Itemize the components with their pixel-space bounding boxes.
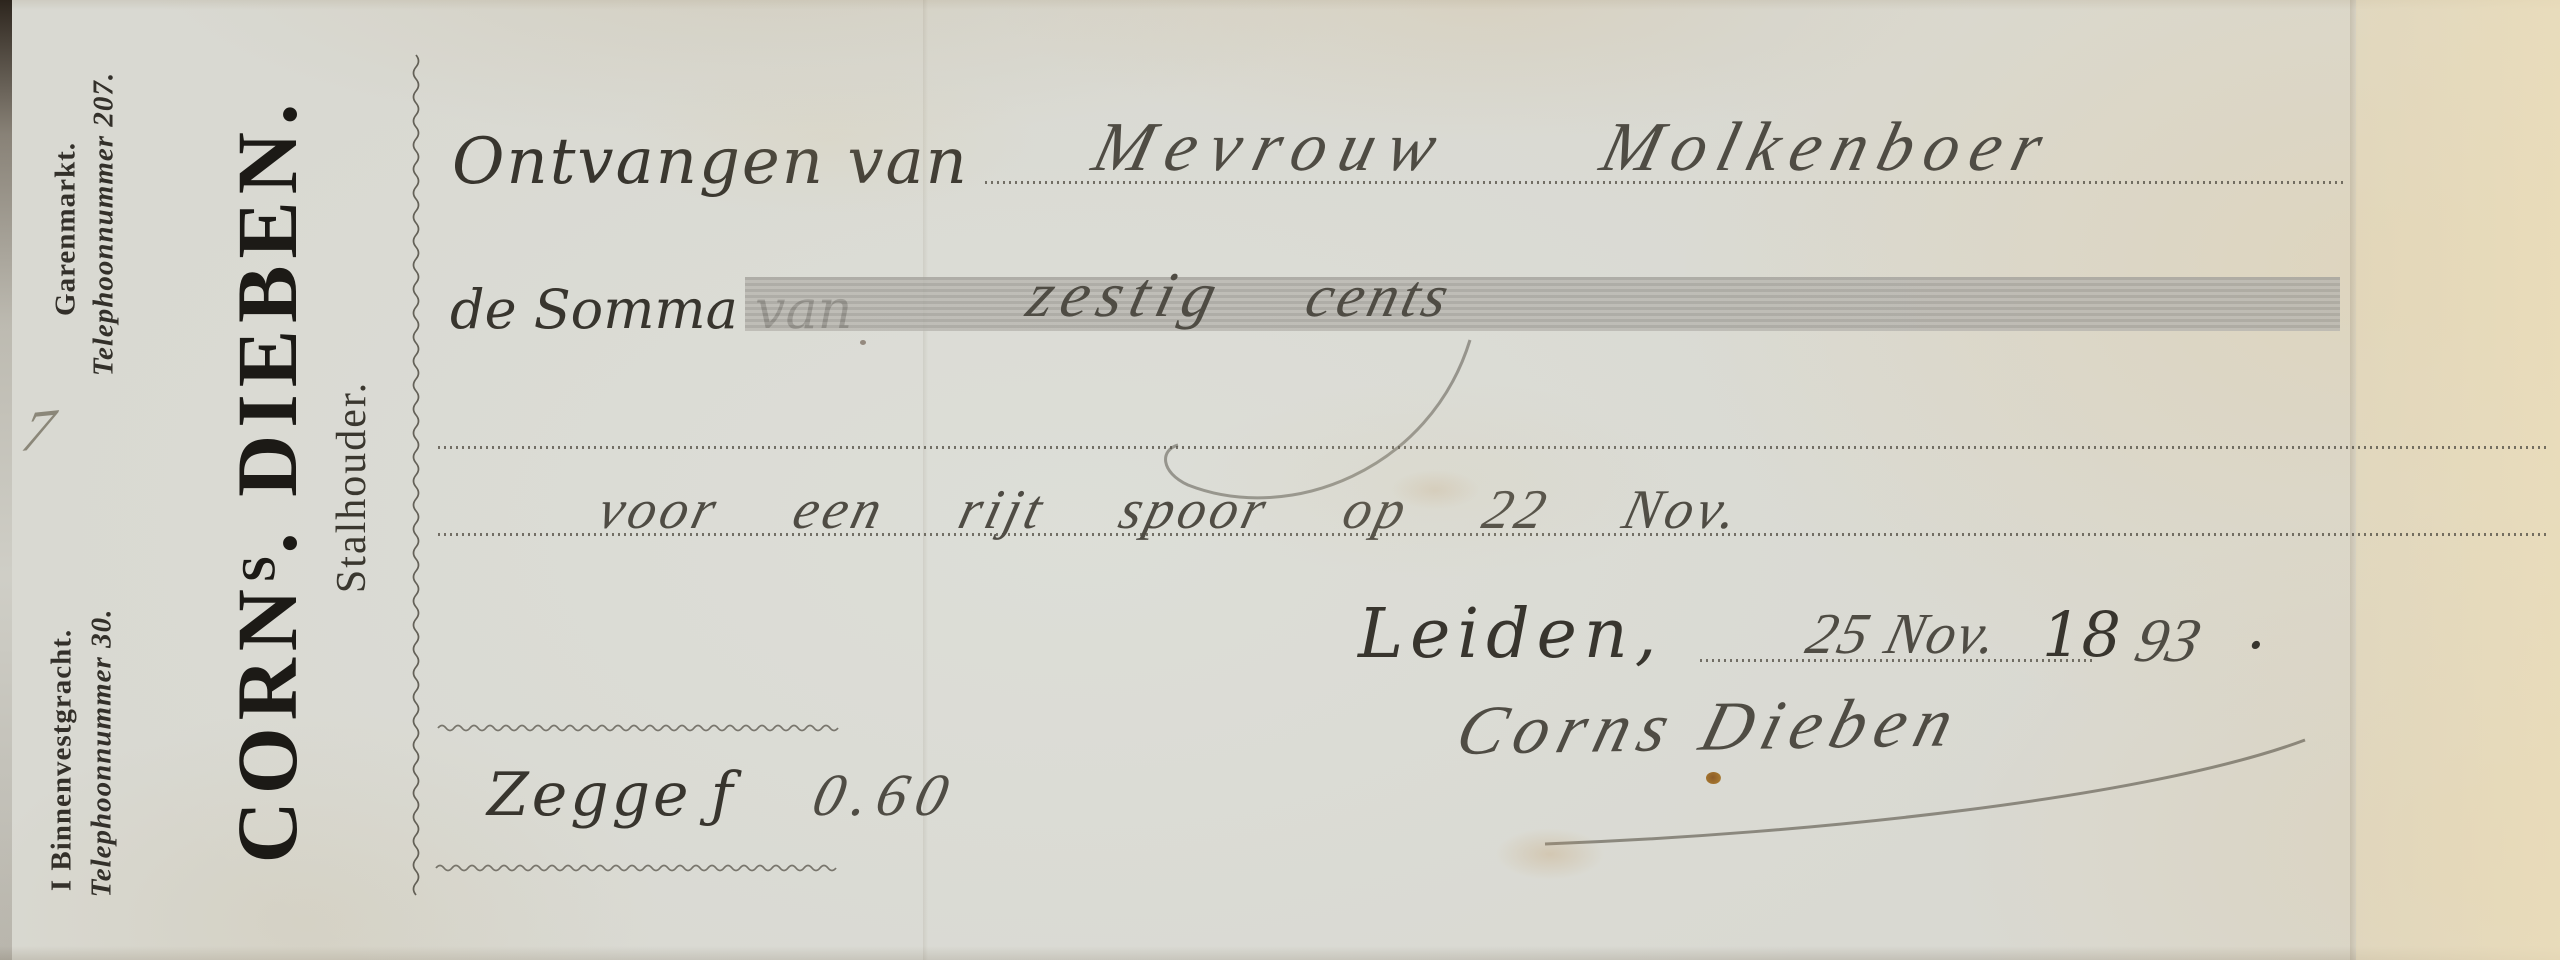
zegge-label: Zegge [487, 760, 692, 830]
date-handwritten: 25 Nov. [1800, 600, 2007, 667]
receipt-scan: 7 Garenmarkt. Telephoonnummer 207. CORNS… [0, 0, 2560, 960]
payer-title: Mevrouw [1085, 108, 1458, 188]
company-name-superscript: S [234, 554, 286, 582]
scan-left-edge [0, 0, 12, 960]
paper-fold-line-right [2350, 0, 2358, 960]
year-printed: 18 [2042, 598, 2121, 671]
gray-highlight-bar [745, 277, 2340, 331]
company-name-rest: . DIEBEN. [219, 97, 315, 554]
paper-right-warm-strip [2356, 0, 2560, 960]
year-period: . [2246, 590, 2266, 663]
letterhead-address-binnenvestgracht: I Binnenvestgracht. [46, 629, 79, 891]
letterhead-address-garenmarkt: Garenmarkt. [50, 142, 83, 316]
purpose-handwritten: voor een rijt spoor op 22 Nov. [592, 478, 1748, 542]
payer-handwritten: Mevrouw Molkenboer [1085, 108, 2041, 188]
margin-note-handwritten: 7 [16, 395, 60, 465]
dotted-rule-blank [438, 446, 2546, 449]
ink-speck [860, 340, 866, 345]
received-from-label: Ontvangen van [452, 125, 969, 199]
florin-symbol: ƒ [711, 760, 733, 830]
company-name-prefix: CORN [219, 582, 315, 863]
letterhead-phone-30: Telephoonnummer 30. [86, 609, 119, 898]
squiggle-rule-bottom [436, 862, 848, 874]
place-label: Leiden, [1358, 595, 1663, 674]
wavy-border-vertical [410, 55, 422, 910]
year-handwritten: 93 [2128, 606, 2208, 677]
payer-name: Molkenboer [1593, 108, 2061, 188]
amount-figures-handwritten: 0.60 [806, 761, 964, 830]
letterhead-company-name: CORNS. DIEBEN. [217, 97, 317, 864]
letterhead-profession: Stalhouder. [328, 381, 376, 593]
letterhead-phone-207: Telephoonnummer 207. [88, 72, 121, 376]
zegge-line: Zegge ƒ 0.60 [487, 760, 947, 830]
signature-flourish [1530, 730, 2330, 860]
squiggle-rule-top [438, 722, 848, 734]
